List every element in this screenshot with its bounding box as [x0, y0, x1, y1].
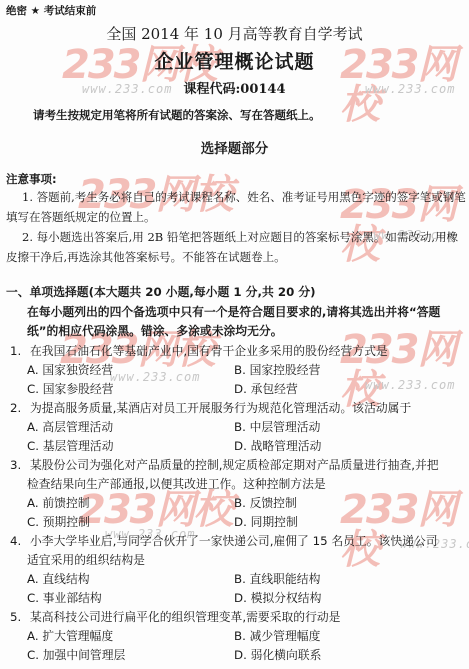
section-title: 选择题部分	[0, 137, 469, 157]
option-4c[interactable]: C. 事业部结构	[27, 589, 102, 606]
question-text: 在我国石油石化等基础产业中,国有骨干企业多采用的股份经营方式是	[30, 344, 388, 358]
part-heading: 一、单项选择题(本大题共 20 小题,每小题 1 分,共 20 分)	[6, 283, 316, 300]
question-4-cont: 适宜采用的组织结构是	[27, 551, 145, 568]
question-number: 5.	[10, 610, 30, 624]
watermark-url: www.233.com	[365, 378, 455, 392]
option-3c[interactable]: C. 预期控制	[27, 513, 90, 530]
question-2: 2.为提高服务质量,某酒店对员工开展服务行为规范化管理活动。该活动属于	[10, 399, 411, 416]
watermark-logo: 233网校	[340, 490, 469, 570]
option-5c[interactable]: C. 加强中间管理层	[27, 646, 125, 663]
option-5b[interactable]: B. 减少管理幅度	[234, 627, 320, 644]
note-2-line1: 2. 每小题选出答案后,用 2B 铅笔把答题纸上对应题目的答案标号涂黑。如需改动…	[22, 229, 458, 245]
part-description-line2: 纸”的相应代码涂黑。错涂、多涂或未涂均无分。	[27, 322, 283, 339]
watermark-logo: 233网校	[78, 490, 232, 530]
notes-heading: 注意事项:	[6, 171, 57, 187]
question-text: 为提高服务质量,某酒店对员工开展服务行为规范化管理活动。该活动属于	[30, 401, 411, 415]
question-text: 某高科技公司进行扁平化的组织管理变革,需要采取的行动是	[30, 610, 340, 624]
option-1b[interactable]: B. 国家控股经营	[234, 361, 320, 378]
exam-line: 全国 2014 年 10 月高等教育自学考试	[0, 23, 469, 44]
question-text: 某股份公司为强化对产品质量的控制,规定质检部定期对产品质量进行抽查,并把	[30, 458, 439, 472]
option-2a[interactable]: A. 高层管理活动	[27, 418, 113, 435]
question-number: 4.	[10, 534, 30, 548]
question-1: 1.在我国石油石化等基础产业中,国有骨干企业多采用的股份经营方式是	[10, 342, 388, 359]
option-3d[interactable]: D. 同期控制	[234, 513, 298, 530]
option-1a[interactable]: A. 国家独资经营	[27, 361, 113, 378]
question-5: 5.某高科技公司进行扁平化的组织管理变革,需要采取的行动是	[10, 608, 340, 625]
question-3-cont: 检查结果向生产部通报,以便其改进工作。这种控制方法是	[27, 475, 326, 492]
course-code: 课程代码:00144	[0, 78, 469, 97]
question-number: 2.	[10, 401, 30, 415]
option-1c[interactable]: C. 国家参股经营	[27, 380, 114, 397]
note-2-line2: 皮擦干净后,再选涂其他答案标号。不能答在试题卷上。	[6, 249, 286, 265]
option-4b[interactable]: B. 直线职能结构	[234, 570, 320, 587]
question-text: 小李大学毕业后,与同学合伙开了一家快递公司,雇佣了 15 名员工。该快递公司	[30, 534, 438, 548]
watermark-url: www.233.com	[110, 370, 200, 384]
instruction: 请考生按规定用笔将所有试题的答案涂、写在答题纸上。	[33, 107, 321, 123]
question-number: 3.	[10, 458, 30, 472]
option-4d[interactable]: D. 模拟分权结构	[234, 589, 321, 606]
option-3a[interactable]: A. 前馈控制	[27, 494, 90, 511]
option-2d[interactable]: D. 战略管理活动	[234, 437, 321, 454]
option-1d[interactable]: D. 承包经营	[234, 380, 298, 397]
note-1-line1: 1. 答题前,考生务必将自己的考试课程名称、姓名、准考证号用黑色字迹的签字笔或钢…	[22, 189, 466, 205]
option-5d[interactable]: D. 弱化横向联系	[234, 646, 321, 663]
question-4: 4.小李大学毕业后,与同学合伙开了一家快递公司,雇佣了 15 名员工。该快递公司	[10, 532, 438, 549]
part-description-line1: 在每小题列出的四个备选项中只有一个是符合题目要求的,请将其选出并将“答题	[27, 303, 440, 320]
option-4a[interactable]: A. 直线结构	[27, 570, 90, 587]
secret-mark: 绝密 ★ 考试结束前	[6, 3, 96, 18]
page-title: 企业管理概论试题	[0, 47, 469, 74]
option-2c[interactable]: C. 基层管理活动	[27, 437, 114, 454]
note-1-line2: 填写在答题纸规定的位置上。	[6, 209, 156, 225]
question-3: 3.某股份公司为强化对产品质量的控制,规定质检部定期对产品质量进行抽查,并把	[10, 456, 439, 473]
option-2b[interactable]: B. 中层管理活动	[234, 418, 320, 435]
option-5a[interactable]: A. 扩大管理幅度	[27, 627, 113, 644]
question-number: 1.	[10, 344, 30, 358]
option-3b[interactable]: B. 反馈控制	[234, 494, 297, 511]
